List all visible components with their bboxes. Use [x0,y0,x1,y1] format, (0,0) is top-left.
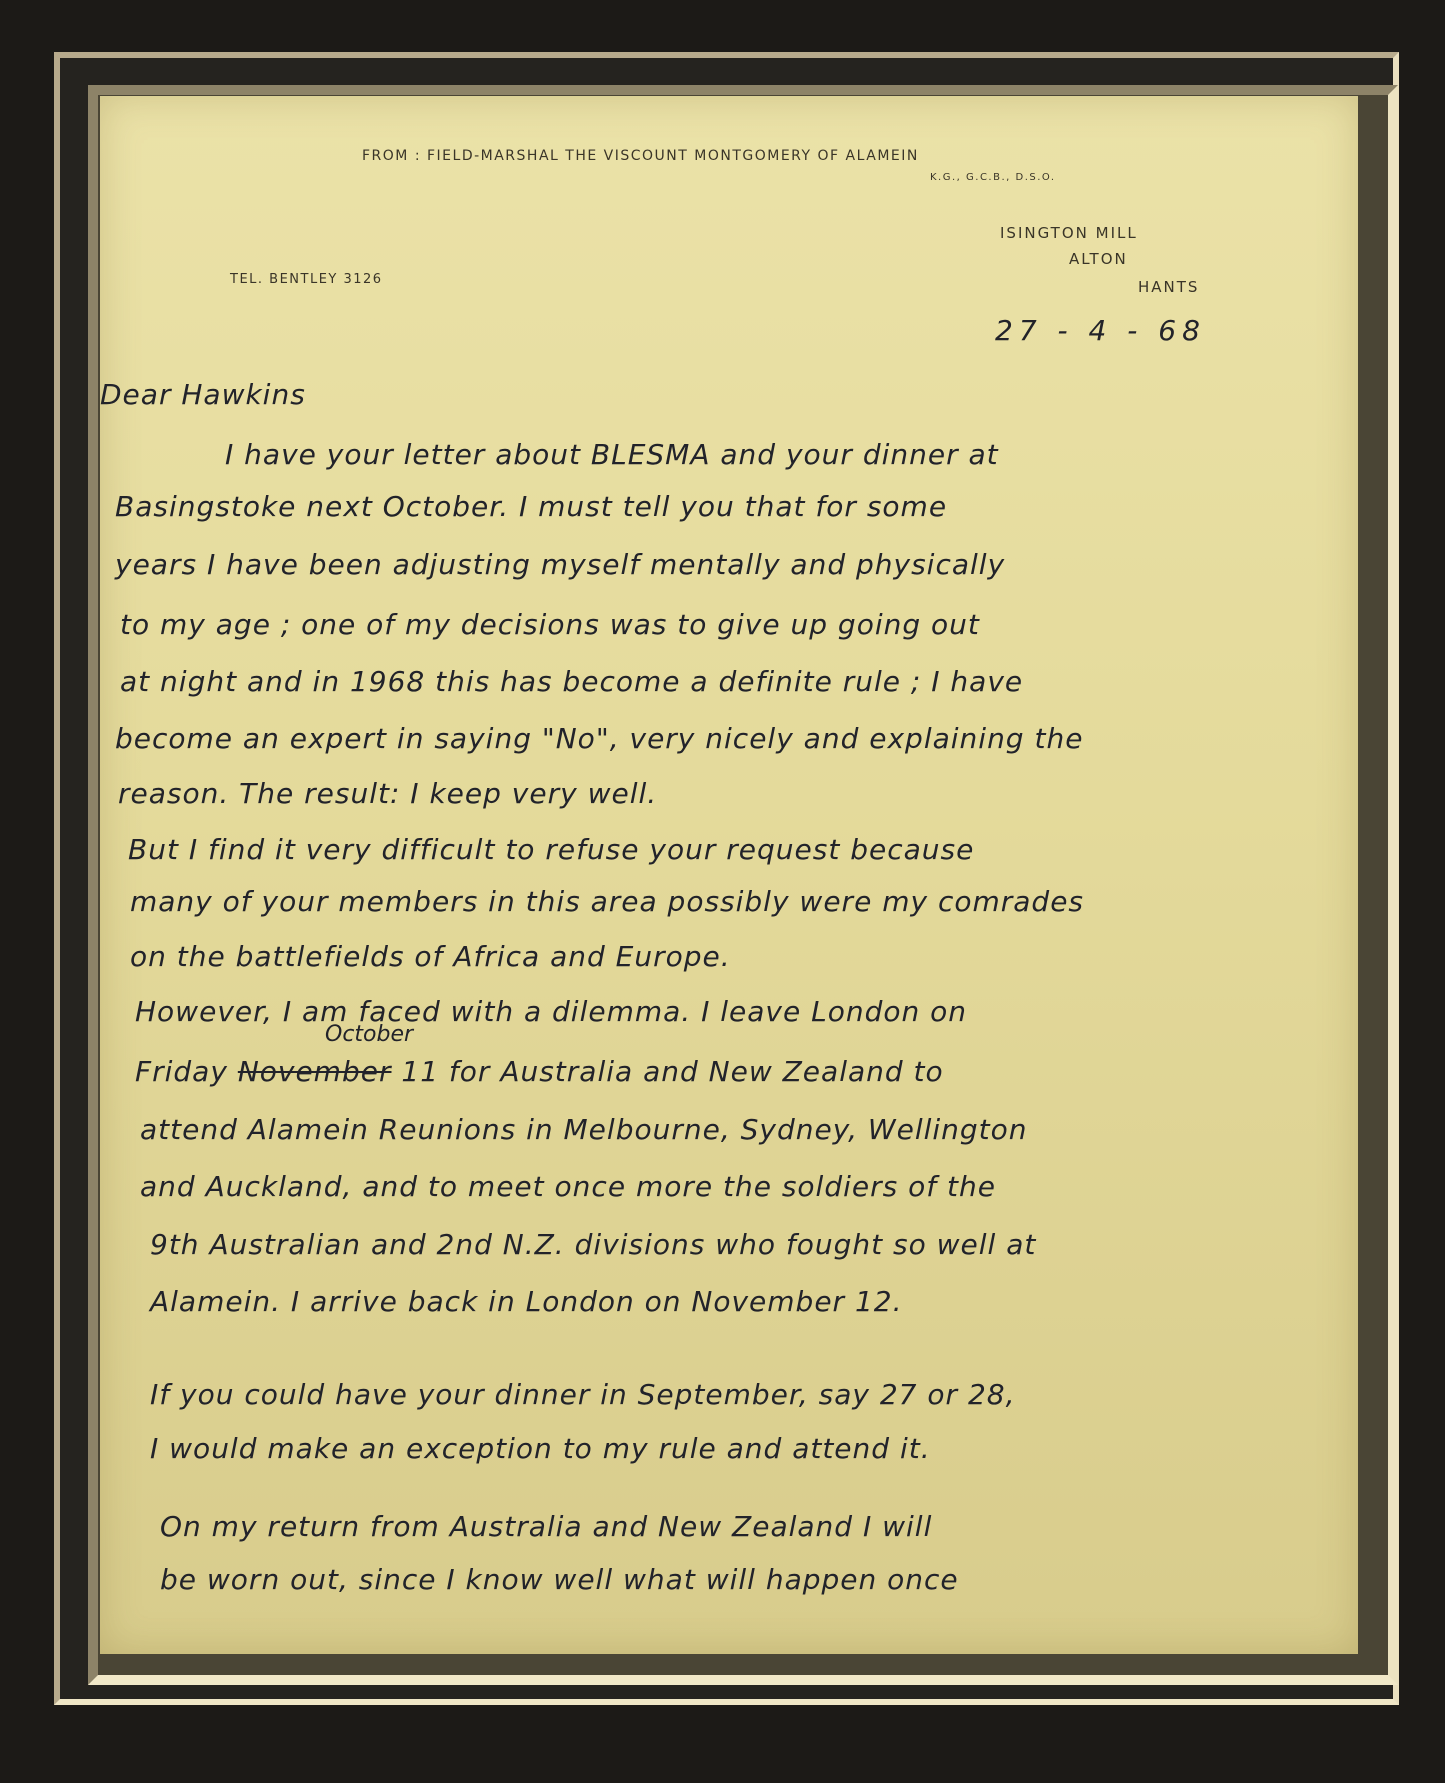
letter-line: become an expert in saying "No", very ni… [115,722,1083,755]
letter-line: years I have been adjusting myself menta… [115,548,1005,581]
letter-line: reason. The result: I keep very well. [118,777,657,810]
salutation: Dear Hawkins [100,378,306,411]
letter-line: But I find it very difficult to refuse y… [128,833,974,866]
letterhead-honours: K.G., G.C.B., D.S.O. [930,172,1056,183]
letter-line: on the battlefields of Africa and Europe… [130,940,731,973]
letter-line: at night and in 1968 this has become a d… [120,665,1023,698]
letter-line: If you could have your dinner in Septemb… [150,1378,1015,1411]
letter-line: to my age ; one of my decisions was to g… [120,608,980,641]
letter-line: Basingstoke next October. I must tell yo… [115,490,947,523]
letter-line: and Auckland, and to meet once more the … [140,1170,996,1203]
address-line-2: ALTON [1069,250,1128,268]
letter-line: I have your letter about BLESMA and your… [225,438,999,471]
inserted-correction: October [325,1022,413,1047]
letter-line: be worn out, since I know well what will… [160,1563,959,1596]
letter-line: attend Alamein Reunions in Melbourne, Sy… [140,1113,1028,1146]
friday-word: Friday [135,1055,228,1088]
line-continuation: 11 for Australia and New Zealand to [401,1055,943,1088]
letterhead-telephone: TEL. BENTLEY 3126 [230,272,383,287]
letter-line: On my return from Australia and New Zeal… [160,1510,932,1543]
letterhead-from: FROM : FIELD-MARSHAL THE VISCOUNT MONTGO… [362,148,919,164]
letter-line: Alamein. I arrive back in London on Nove… [150,1285,903,1318]
letter-line: many of your members in this area possib… [130,885,1084,918]
letter-line-friday: Friday November 11 for Australia and New… [135,1055,944,1088]
struck-word: November [238,1055,392,1088]
letter-line: However, I am faced with a dilemma. I le… [135,995,967,1028]
address-line-1: ISINGTON MILL [1000,224,1138,242]
letter-date: 27 - 4 - 68 [995,314,1206,347]
address-line-3: HANTS [1138,278,1199,296]
letter-line: 9th Australian and 2nd N.Z. divisions wh… [150,1228,1036,1261]
letter-line: I would make an exception to my rule and… [150,1432,931,1465]
